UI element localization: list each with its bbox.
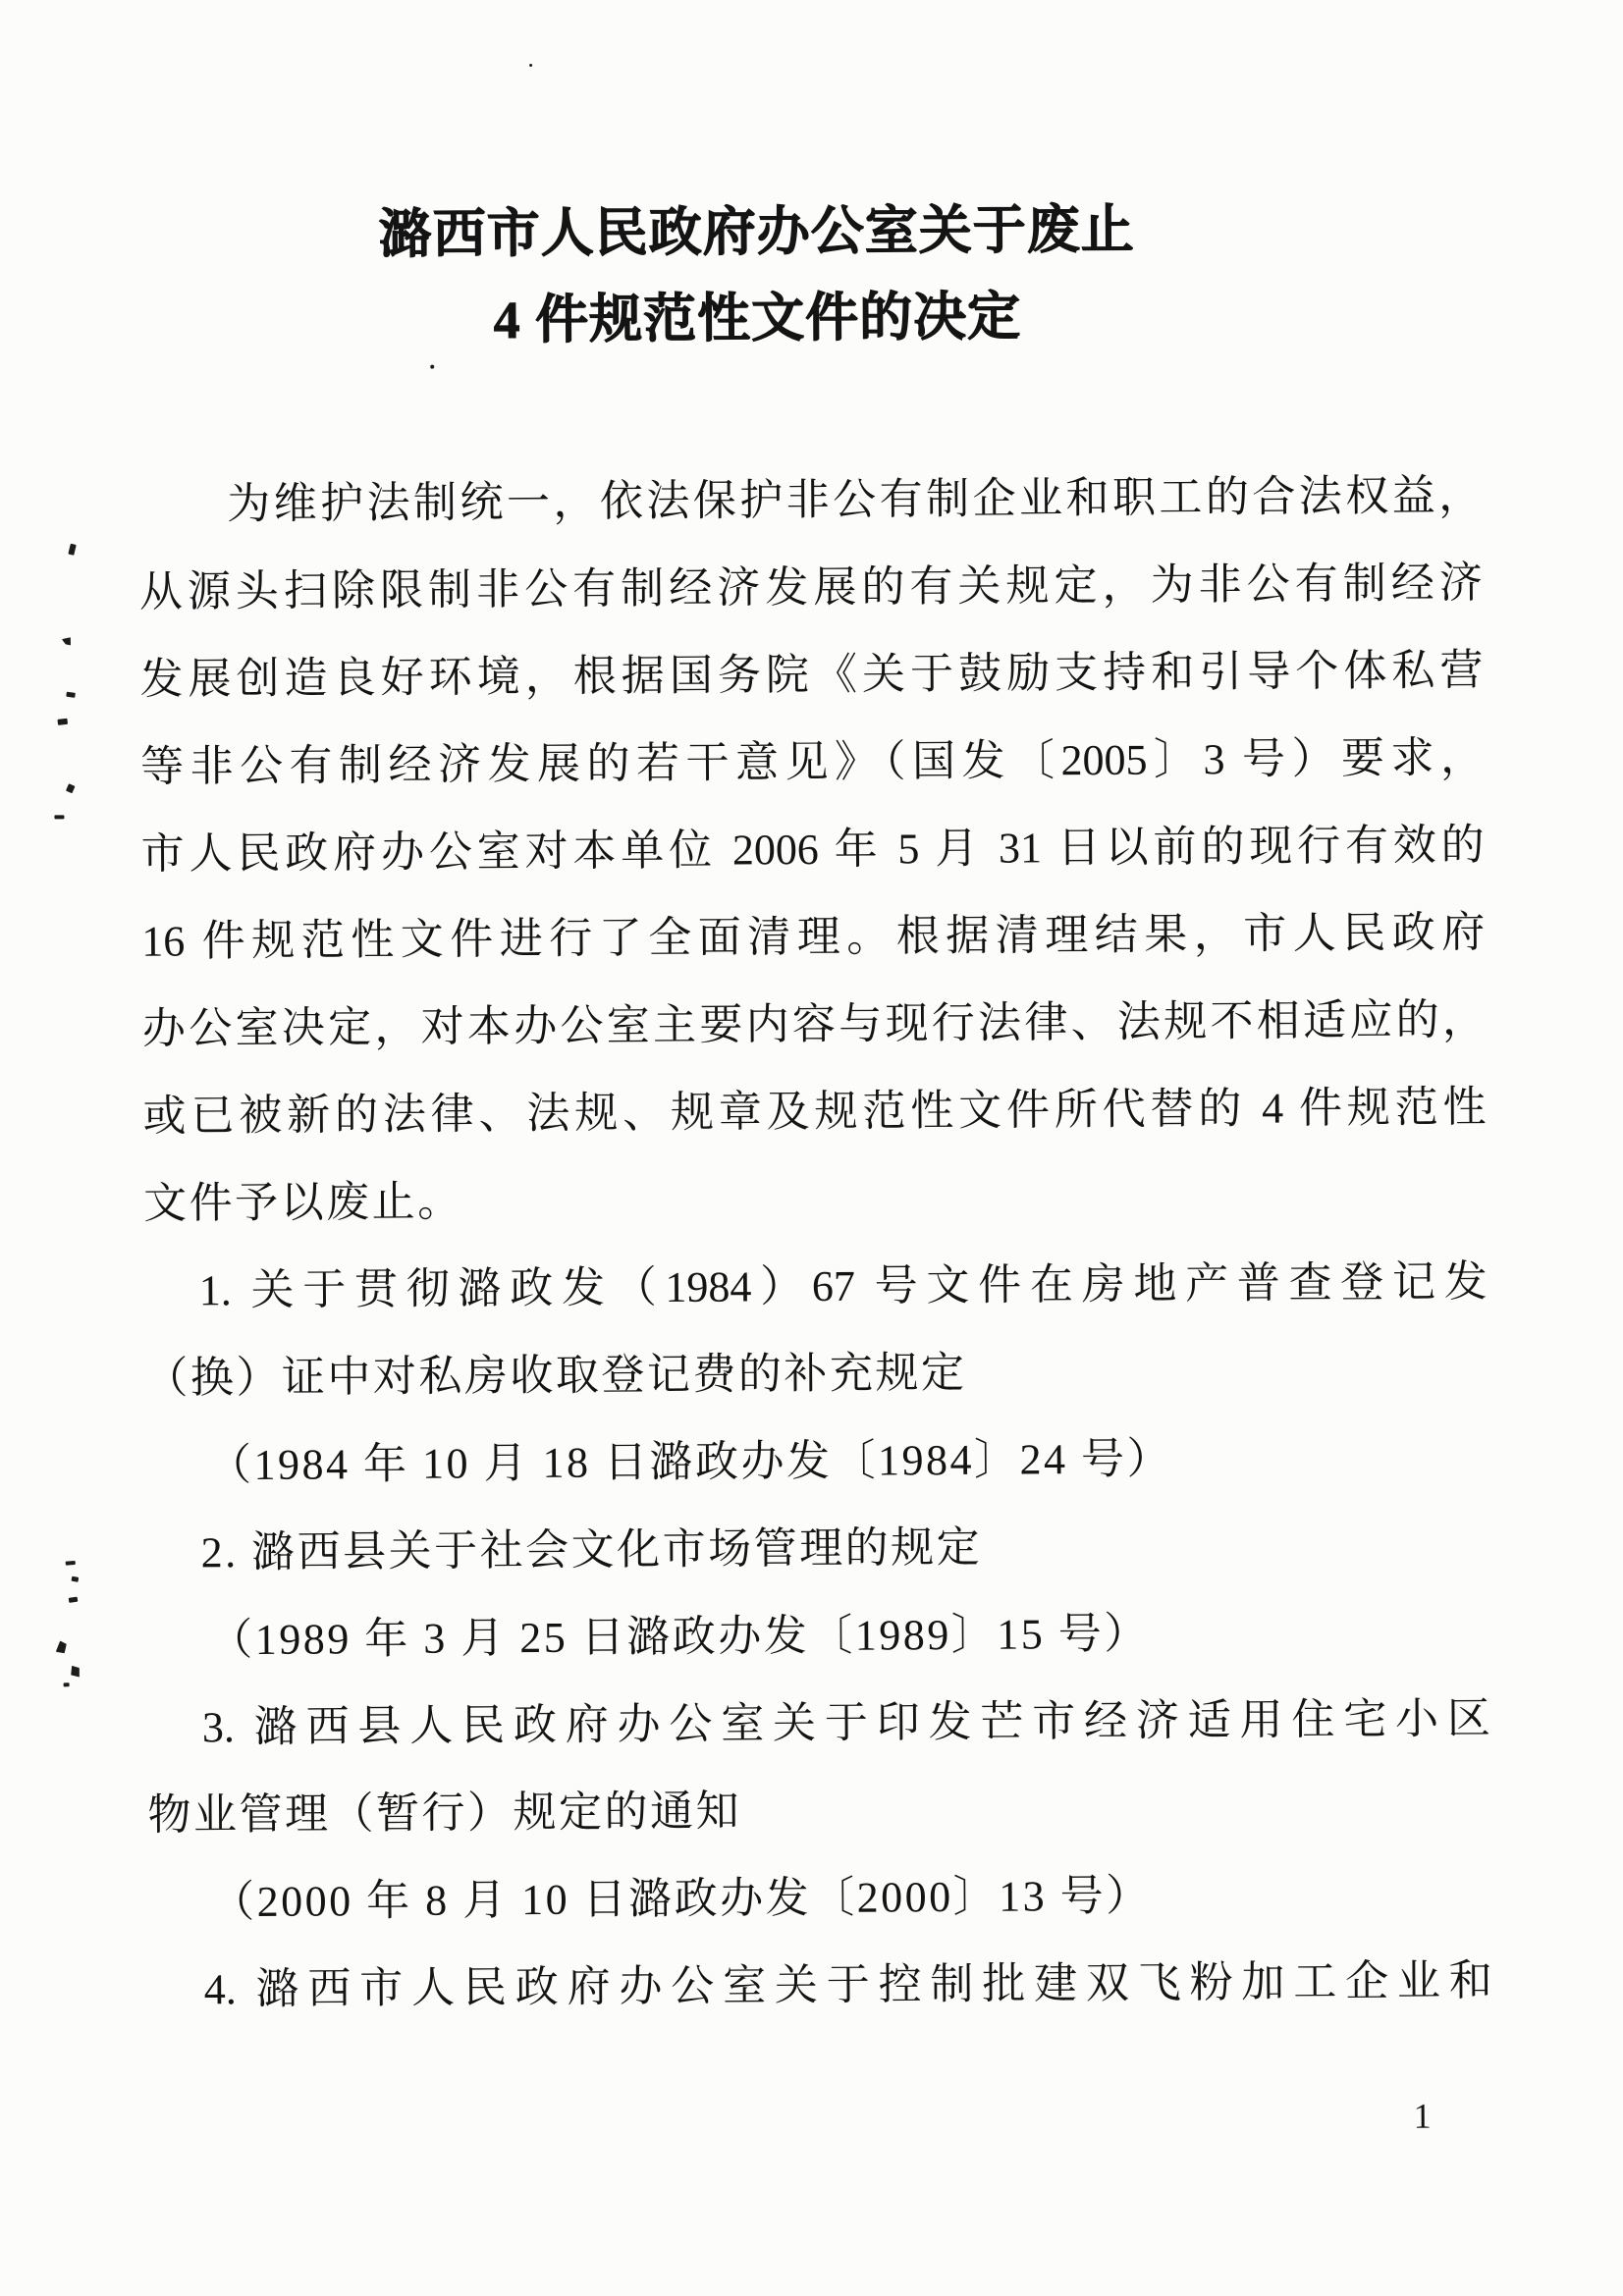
document-title-line-2: 4 件规范性文件的决定	[0, 270, 1520, 367]
text-line-content: （2000 年 8 月 10 日潞政办发〔2000〕13 号）	[211, 1872, 1152, 1927]
text-line: 市人民政府办公室对本单位 2006 年 5 月 31 日以前的现行有效的	[140, 801, 1485, 898]
text-line: 发展创造良好环境，根据国务院《关于鼓励支持和引导个体私营	[139, 626, 1484, 723]
document-title: 潞西市人民政府办公室关于废止 4 件规范性文件的决定	[0, 184, 1520, 367]
text-line-content: 等非公有制经济发展的若干意见》（国发〔2005〕3 号）要求，	[140, 733, 1484, 791]
scan-speck	[68, 544, 76, 556]
document-content: 潞西市人民政府办公室关于废止 4 件规范性文件的决定 为维护法制统一，依法保护非…	[0, 0, 1623, 2296]
text-line: 4. 潞西市人民政府办公室关于控制批建双飞粉加工企业和	[148, 1937, 1492, 2034]
text-line: （1989 年 3 月 25 日潞政办发〔1989〕15 号）	[146, 1587, 1490, 1684]
text-line-content: 2. 潞西县关于社会文化市场管理的规定	[201, 1523, 983, 1577]
text-line: 1. 关于贯彻潞政发（1984）67 号文件在房地产普查登记发	[144, 1238, 1488, 1335]
text-line-content: （换）证中对私房收取登记费的补充规定	[144, 1349, 966, 1403]
scan-speck	[69, 1597, 79, 1603]
scan-speck	[66, 783, 76, 793]
text-line-content: 16 件规范性文件进行了全面清理。根据清理结果，市人民政府	[141, 908, 1485, 966]
text-line: 为维护法制统一，依法保护非公有制企业和职工的合法权益，	[138, 452, 1483, 549]
scan-speck	[54, 815, 64, 819]
text-line-content: 办公室决定，对本办公室主要内容与现行法律、法规不相适应的，	[142, 995, 1486, 1053]
document-body: 为维护法制统一，依法保护非公有制企业和职工的合法权益，从源头扫除限制非公有制经济…	[138, 452, 1492, 2034]
scan-speck	[430, 365, 434, 369]
text-line-content: （1984 年 10 月 18 日潞政办发〔1984〕24 号）	[208, 1434, 1172, 1489]
text-line: 3. 潞西县人民政府办公室关于印发芒市经济适用住宅小区	[147, 1675, 1491, 1772]
text-line: 2. 潞西县关于社会文化市场管理的规定	[145, 1500, 1489, 1597]
text-line: 文件予以废止。	[143, 1150, 1488, 1248]
scan-speck	[66, 692, 76, 698]
text-line: 等非公有制经济发展的若干意见》（国发〔2005〕3 号）要求，	[140, 714, 1485, 811]
document-title-line-1: 潞西市人民政府办公室关于废止	[0, 184, 1520, 281]
text-line-content: 3. 潞西县人民政府办公室关于印发芒市经济适用住宅小区	[202, 1694, 1490, 1751]
scanned-document-page: 潞西市人民政府办公室关于废止 4 件规范性文件的决定 为维护法制统一，依法保护非…	[0, 0, 1623, 2296]
text-line-content: 为维护法制统一，依法保护非公有制企业和职工的合法权益，	[227, 471, 1482, 528]
scan-speck	[56, 1640, 68, 1654]
text-line: 从源头扫除限制非公有制经济发展的有关规定，为非公有制经济	[139, 539, 1484, 636]
text-line-content: 4. 潞西市人民政府办公室关于控制批建双飞粉加工企业和	[204, 1956, 1492, 2013]
text-line-content: 或已被新的法律、法规、规章及规范性文件所代替的 4 件规范性	[142, 1083, 1486, 1141]
text-line-content: （1989 年 3 月 25 日潞政办发〔1989〕15 号）	[209, 1610, 1150, 1665]
text-line: 或已被新的法律、法规、规章及规范性文件所代替的 4 件规范性	[142, 1063, 1487, 1160]
scan-speck	[529, 64, 532, 67]
text-line-content: 物业管理（暂行）规定的通知	[147, 1788, 741, 1840]
text-line: （换）证中对私房收取登记费的补充规定	[144, 1325, 1488, 1422]
text-line-content: 市人民政府办公室对本单位 2006 年 5 月 31 日以前的现行有效的	[141, 821, 1485, 879]
scan-speck	[69, 1664, 81, 1679]
page-number: 1	[1414, 2093, 1432, 2140]
scan-speck	[66, 1561, 76, 1566]
scan-speck	[64, 1682, 70, 1686]
scan-speck	[62, 636, 74, 648]
text-line-content: 从源头扫除限制非公有制经济发展的有关规定，为非公有制经济	[139, 559, 1483, 616]
text-line: 办公室决定，对本办公室主要内容与现行法律、法规不相适应的，	[142, 976, 1487, 1073]
text-line: （2000 年 8 月 10 日潞政办发〔2000〕13 号）	[148, 1849, 1492, 1947]
text-line-content: 发展创造良好环境，根据国务院《关于鼓励支持和引导个体私营	[139, 646, 1483, 704]
text-line-content: 文件予以废止。	[143, 1177, 463, 1227]
scan-speck	[71, 1576, 79, 1582]
text-line: 物业管理（暂行）规定的通知	[147, 1762, 1491, 1859]
text-line-content: 1. 关于贯彻潞政发（1984）67 号文件在房地产普查登记发	[199, 1257, 1488, 1314]
scan-speck	[57, 719, 68, 725]
text-line: （1984 年 10 月 18 日潞政办发〔1984〕24 号）	[145, 1413, 1489, 1510]
text-line: 16 件规范性文件进行了全面清理。根据清理结果，市人民政府	[141, 888, 1486, 986]
